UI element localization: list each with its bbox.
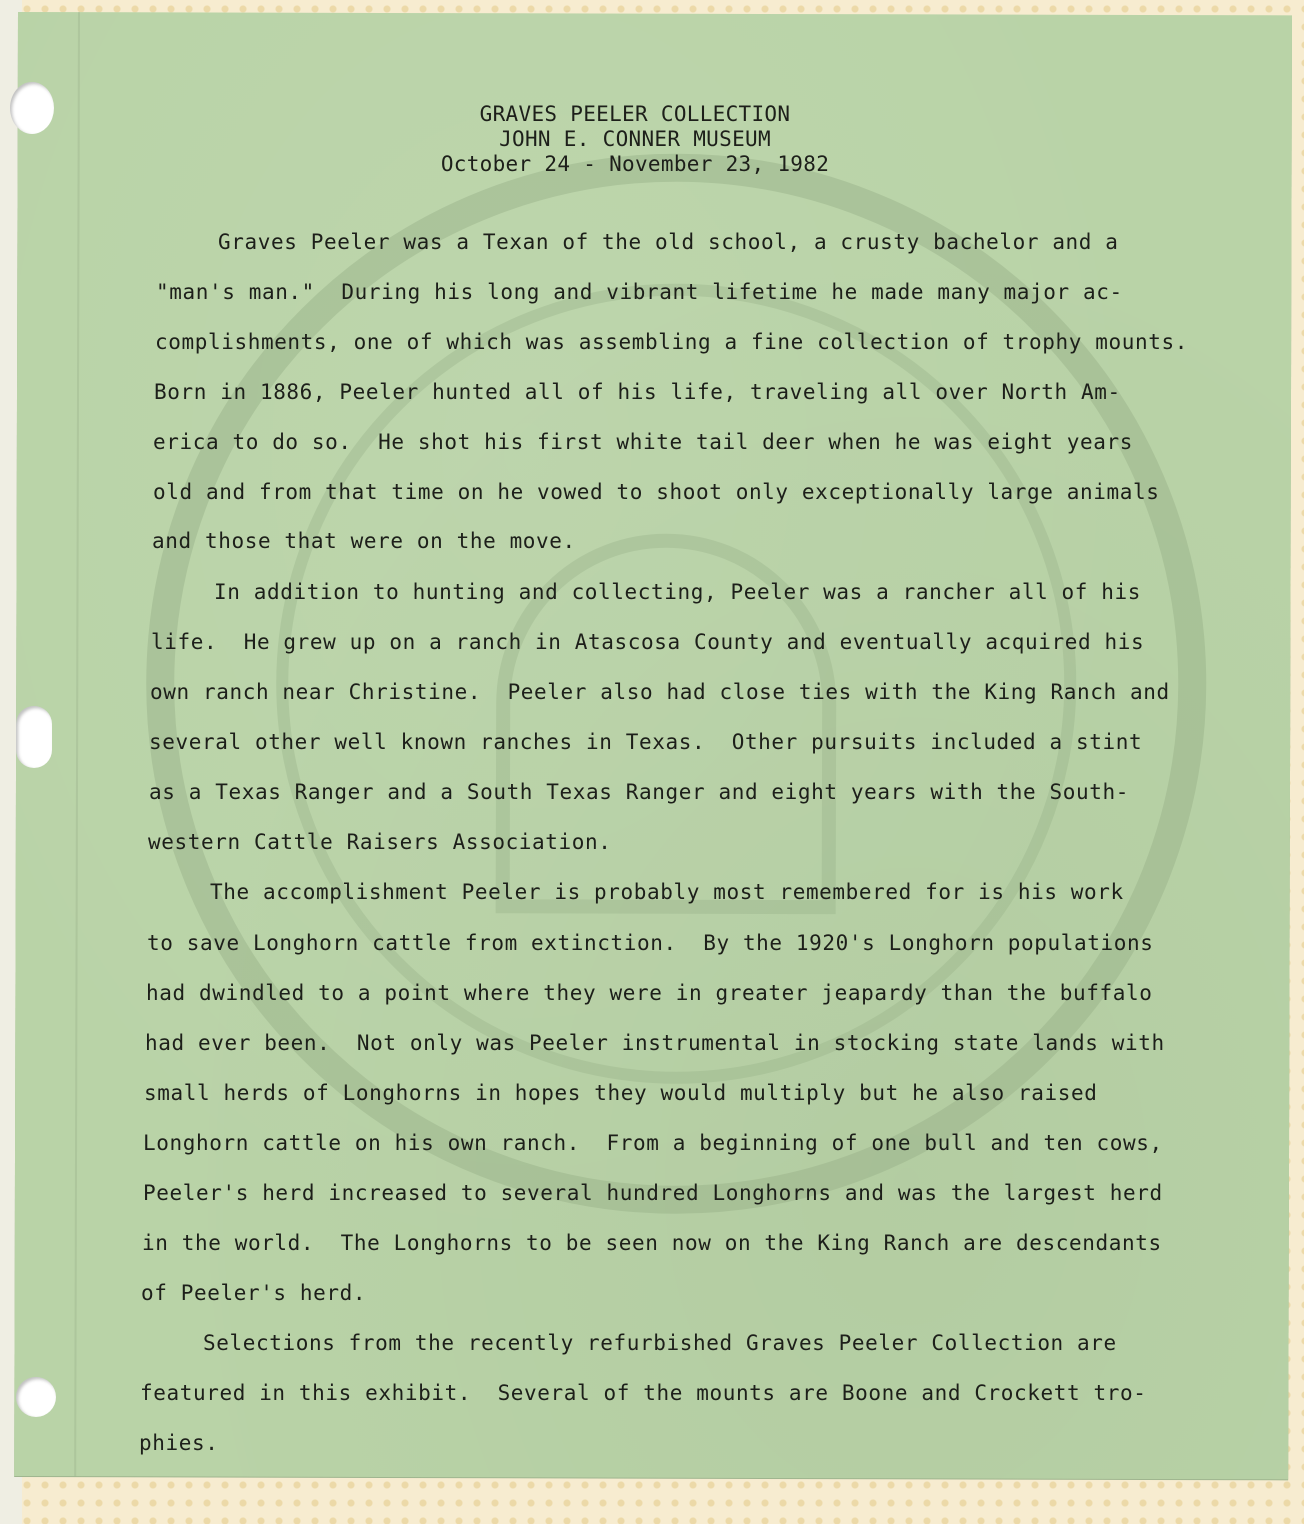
text-line: complishments, one of which was assembli…	[155, 330, 1188, 354]
text-line: western Cattle Raisers Association.	[148, 830, 612, 854]
text-line: several other well known ranches in Texa…	[149, 730, 1142, 754]
text-line: in the world. The Longhorns to be seen n…	[142, 1231, 1162, 1255]
text-line: erica to do so. He shot his first white …	[153, 430, 1133, 454]
text-line: old and from that time on he vowed to sh…	[153, 480, 1159, 504]
text-line: small herds of Longhorns in hopes they w…	[144, 1081, 1098, 1105]
text-line: In addition to hunting and collecting, P…	[214, 580, 1141, 604]
text-line: phies.	[139, 1431, 218, 1455]
text-line: Born in 1886, Peeler hunted all of his l…	[154, 380, 1121, 404]
exhibit-dates: October 24 - November 23, 1982	[0, 152, 1270, 177]
text-line: Graves Peeler was a Texan of the old sch…	[218, 230, 1119, 254]
text-line: had dwindled to a point where they were …	[146, 981, 1152, 1005]
text-line: life. He grew up on a ranch in Atascosa …	[151, 630, 1144, 654]
document-header: GRAVES PEELER COLLECTION JOHN E. CONNER …	[0, 102, 1270, 177]
text-line: own ranch near Christine. Peeler also ha…	[150, 680, 1170, 704]
text-line: Longhorn cattle on his own ranch. From a…	[143, 1131, 1163, 1155]
text-line: and those that were on the move.	[152, 529, 576, 553]
museum-name: JOHN E. CONNER MUSEUM	[0, 127, 1270, 152]
text-line: had ever been. Not only was Peeler instr…	[145, 1031, 1165, 1055]
text-line: featured in this exhibit. Several of the…	[140, 1381, 1146, 1405]
text-line: to save Longhorn cattle from extinction.…	[147, 931, 1153, 955]
text-line: "man's man." During his long and vibrant…	[156, 280, 1123, 304]
collection-title: GRAVES PEELER COLLECTION	[0, 102, 1270, 127]
document-text: GRAVES PEELER COLLECTION JOHN E. CONNER …	[0, 0, 1304, 1524]
text-line: The accomplishment Peeler is probably mo…	[210, 880, 1124, 904]
text-line: Selections from the recently refurbished…	[203, 1331, 1117, 1355]
text-line: of Peeler's herd.	[141, 1281, 366, 1305]
text-line: Peeler's herd increased to several hundr…	[143, 1181, 1163, 1205]
text-line: as a Texas Ranger and a South Texas Rang…	[149, 780, 1129, 804]
